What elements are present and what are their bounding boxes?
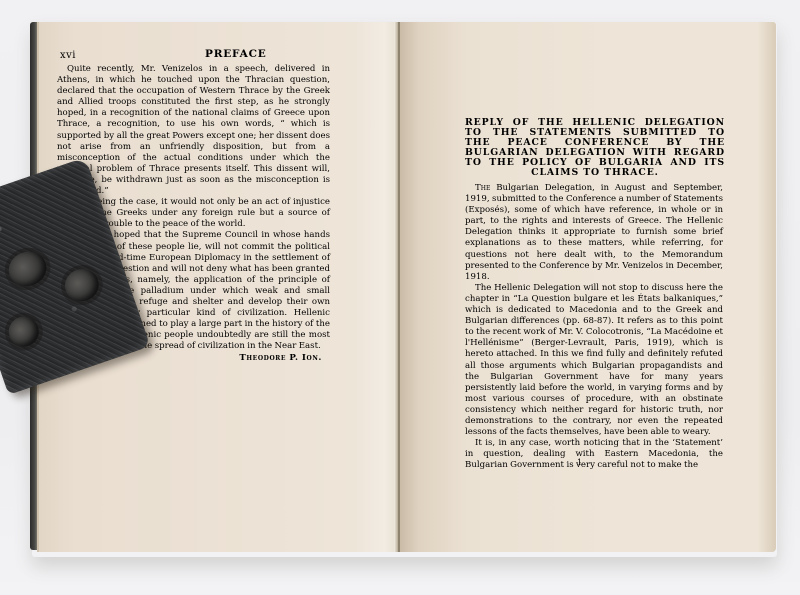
right-paragraph-1: The Bulgarian Delegation, in August and … bbox=[465, 183, 723, 283]
left-paragraph-1: Quite recently, Mr. Venizelos in a speec… bbox=[57, 64, 330, 197]
right-page-body: The Bulgarian Delegation, in August and … bbox=[465, 183, 723, 471]
weight-knob bbox=[61, 264, 104, 305]
left-page-number: xvi bbox=[60, 50, 76, 61]
chapter-title: REPLY OF THE HELLENIC DELEGATION TO THE … bbox=[465, 118, 725, 179]
weight-knob bbox=[5, 313, 43, 351]
left-page-header: xvi PREFACE bbox=[60, 50, 328, 61]
right-paragraph-3: It is, in any case, worth noticing that … bbox=[465, 438, 723, 471]
right-page-number: 1 bbox=[577, 458, 582, 467]
weight-knob bbox=[4, 247, 51, 292]
paragraph-1-text: Bulgarian Delegation, in August and Sept… bbox=[465, 183, 723, 282]
running-title: PREFACE bbox=[205, 48, 267, 60]
paragraph-lead: The bbox=[475, 183, 490, 193]
right-paragraph-2: The Hellenic Delegation will not stop to… bbox=[465, 283, 723, 438]
